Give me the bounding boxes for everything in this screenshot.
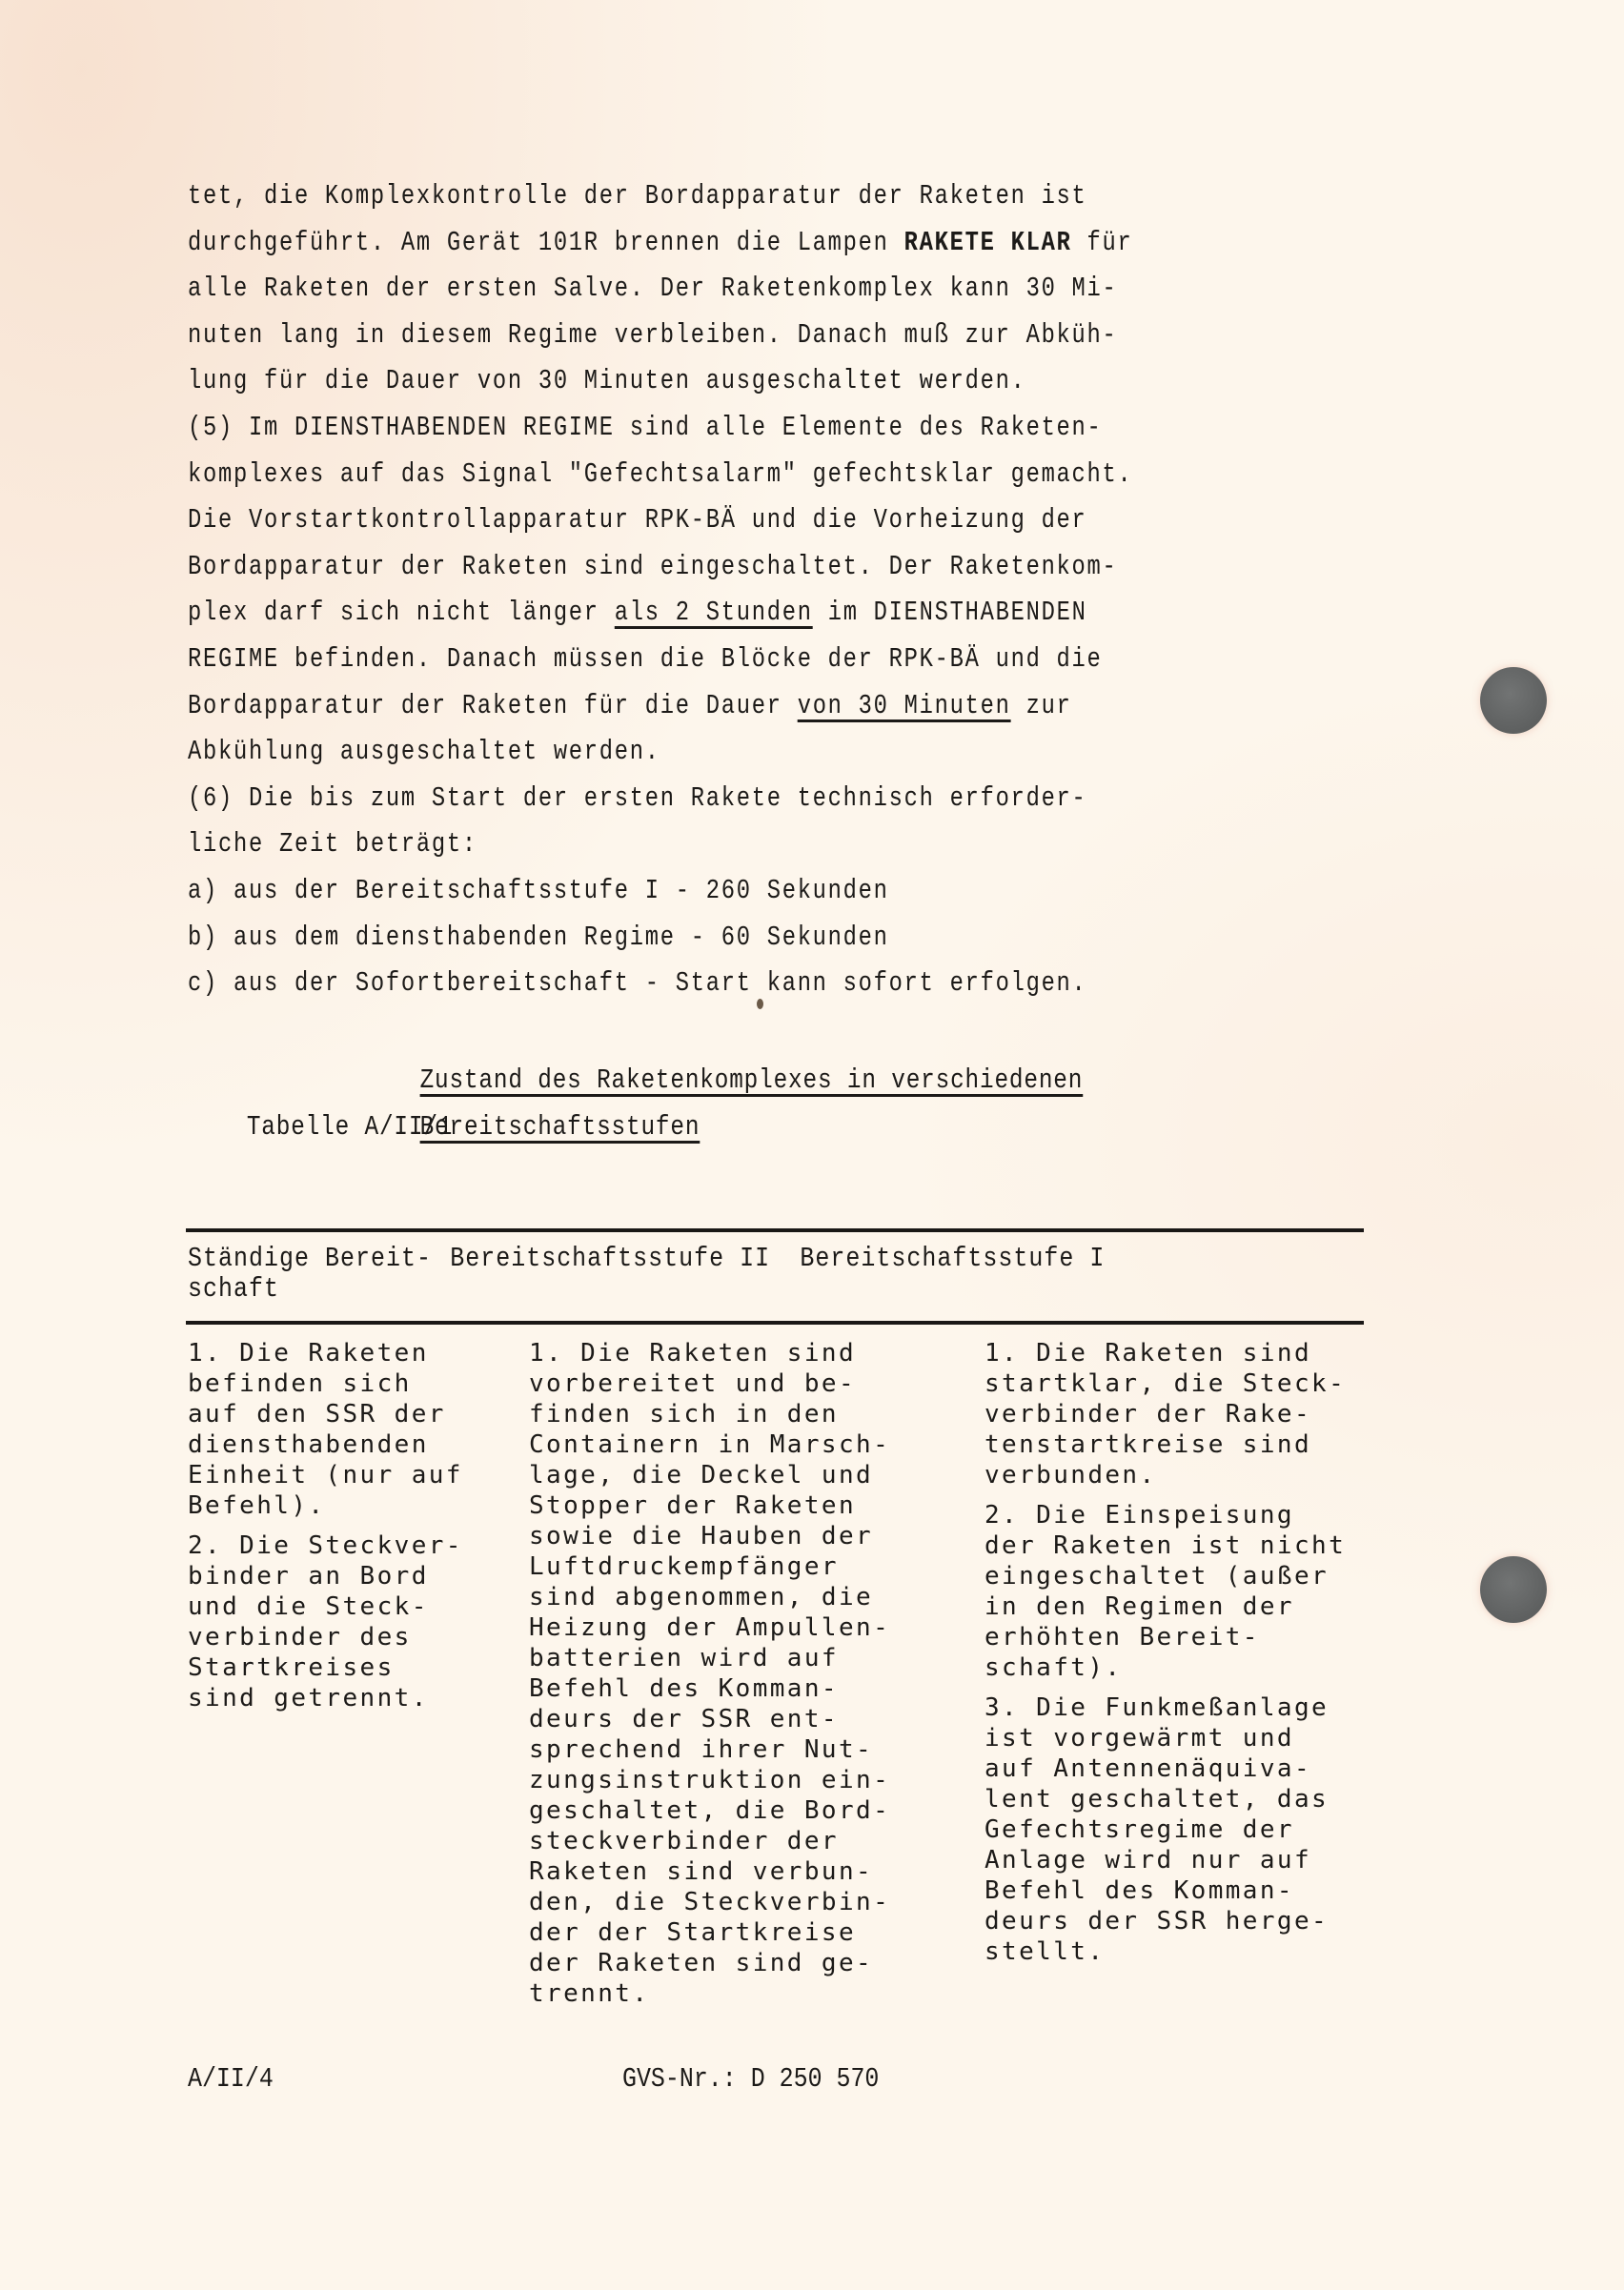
text-line: Die Vorstartkontrollapparatur RPK-BÄ und…	[188, 497, 1172, 544]
text-line: plex darf sich nicht länger als 2 Stunde…	[188, 590, 1172, 637]
table-cell-item: 1. Die Raketen befinden sich auf den SSR…	[188, 1338, 463, 1521]
table-cell-item: 1. Die Raketen sind vorbereitet und be- …	[529, 1338, 890, 2009]
text-line: liche Zeit beträgt:	[188, 821, 1172, 868]
text-line: (5) Im DIENSTHABENDEN REGIME sind alle E…	[188, 405, 1172, 452]
text-line: komplexes auf das Signal "Gefechtsalarm"…	[188, 452, 1172, 498]
punch-hole	[1480, 1556, 1547, 1623]
table-column-standing: 1. Die Raketen befinden sich auf den SSR…	[188, 1338, 463, 1723]
punch-hole	[1480, 667, 1547, 734]
text-line: nuten lang in diesem Regime verbleiben. …	[188, 313, 1172, 359]
text-line: durchgeführt. Am Gerät 101R brennen die …	[188, 220, 1172, 267]
table-header-cell: Bereitschaftsstufe II	[450, 1244, 770, 1274]
table-caption-title-line1: Zustand des Raketenkomplexes in verschie…	[420, 1058, 1084, 1104]
table-column-stage-ii: 1. Die Raketen sind vorbereitet und be- …	[529, 1338, 890, 2018]
text-line: Bordapparatur der Raketen sind eingescha…	[188, 544, 1172, 591]
gvs-number: GVS-Nr.: D 250 570	[622, 2063, 879, 2095]
body-text: tet, die Komplexkontrolle der Bordappara…	[188, 173, 1172, 1007]
text-line: c) aus der Sofortbereitschaft - Start ka…	[188, 961, 1172, 1007]
document-page: tet, die Komplexkontrolle der Bordappara…	[0, 0, 1624, 2290]
text-line: lung für die Dauer von 30 Minuten ausges…	[188, 358, 1172, 405]
text-line: (6) Die bis zum Start der ersten Rakete …	[188, 776, 1172, 822]
text-line: a) aus der Bereitschaftsstufe I - 260 Se…	[188, 868, 1172, 915]
ink-speck	[757, 999, 763, 1009]
page-reference: A/II/4	[188, 2063, 274, 2095]
table-header-cell: Bereitschaftsstufe I	[800, 1244, 1105, 1274]
table-caption-title-line2: Bereitschaftsstufen	[420, 1104, 700, 1151]
table-header: Ständige Bereit- schaft Bereitschaftsstu…	[188, 1244, 1204, 1310]
text-line: alle Raketen der ersten Salve. Der Raket…	[188, 266, 1172, 313]
table-header-rule	[186, 1321, 1364, 1325]
table-cell-item: 2. Die Einspeisung der Raketen ist nicht…	[985, 1500, 1346, 1683]
text-line: REGIME befinden. Danach müssen die Blöck…	[188, 637, 1172, 683]
text-line: tet, die Komplexkontrolle der Bordappara…	[188, 173, 1172, 220]
table-top-rule	[186, 1228, 1364, 1232]
table-cell-item: 2. Die Steckver- binder an Bord und die …	[188, 1530, 463, 1713]
text-line: Abkühlung ausgeschaltet werden.	[188, 729, 1172, 776]
table-cell-item: 3. Die Funkmeßanlage ist vorgewärmt und …	[985, 1692, 1346, 1967]
table-column-stage-i: 1. Die Raketen sind startklar, die Steck…	[985, 1338, 1346, 1976]
table-cell-item: 1. Die Raketen sind startklar, die Steck…	[985, 1338, 1346, 1490]
text-line: Bordapparatur der Raketen für die Dauer …	[188, 683, 1172, 730]
table-header-cell: Ständige Bereit- schaft	[188, 1244, 432, 1305]
text-line: b) aus dem diensthabenden Regime - 60 Se…	[188, 915, 1172, 962]
